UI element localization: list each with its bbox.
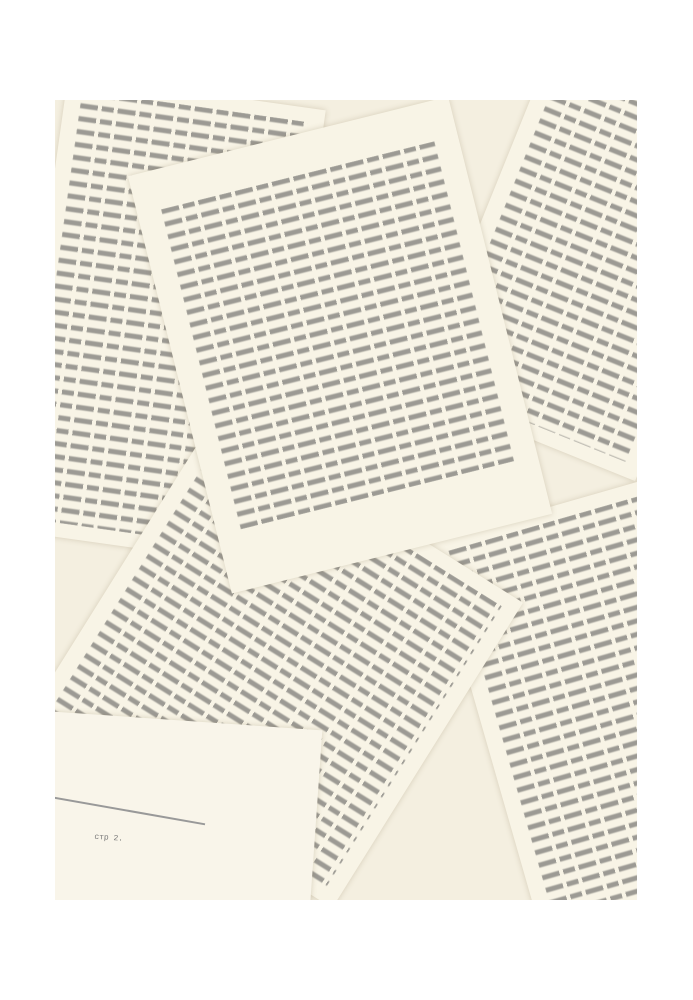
page-number-mark: стр 2. (94, 833, 123, 844)
paper-sheet: стр 2. (55, 710, 322, 900)
scattered-papers-photo: стр 2. (55, 100, 637, 900)
